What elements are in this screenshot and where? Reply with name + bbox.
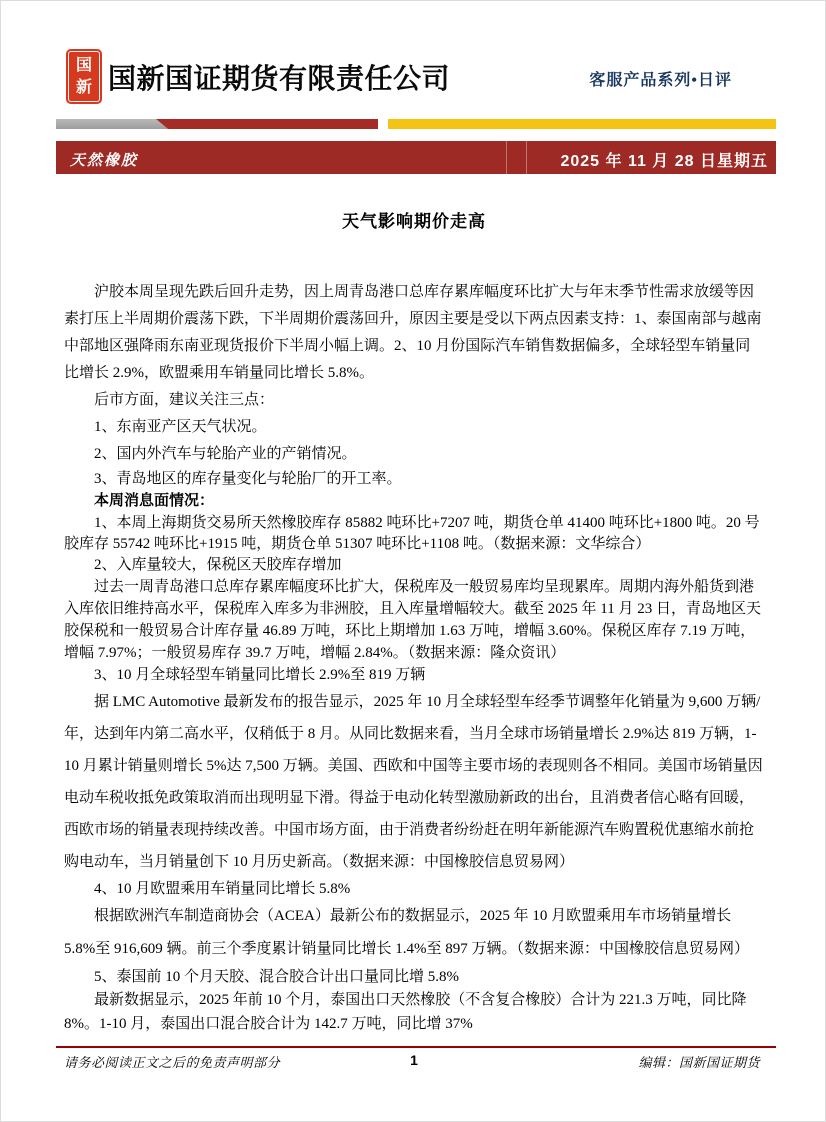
paragraph: 本周消息面情况： xyxy=(64,490,764,513)
logo-char-top: 国 xyxy=(76,55,92,77)
banner-separator xyxy=(526,141,527,174)
company-name: 国新国证期货有限责任公司 xyxy=(108,57,450,97)
footer-divider xyxy=(56,1046,776,1048)
decorative-bar-red-segment xyxy=(156,119,378,129)
paragraph: 根据欧洲汽车制造商协会（ACEA）最新公布的数据显示，2025 年 10 月欧盟… xyxy=(64,900,764,966)
banner-product-label: 天然橡胶 xyxy=(70,149,138,170)
paragraph: 1、东南亚产区天气状况。 xyxy=(64,414,764,441)
decorative-bar xyxy=(56,119,776,129)
report-page: 国 新 国新国证期货有限责任公司 客服产品系列•日评 天然橡胶 2025 年 1… xyxy=(0,0,826,1122)
paragraph: 据 LMC Automotive 最新发布的报告显示，2025 年 10 月全球… xyxy=(64,686,764,878)
article: 天气影响期价走高 沪胶本周呈现先跌后回升走势，因上周青岛港口总库存累库幅度环比扩… xyxy=(64,209,764,1036)
banner-separator xyxy=(506,141,507,174)
paragraph: 沪胶本周呈现先跌后回升走势，因上周青岛港口总库存累库幅度环比扩大与年末季节性需求… xyxy=(64,279,764,387)
logo-char-bottom: 新 xyxy=(76,77,92,99)
banner-date: 2025 年 11 月 28 日星期五 xyxy=(560,148,768,171)
series-label: 客服产品系列•日评 xyxy=(589,67,732,90)
paragraph: 过去一周青岛港口总库存累库幅度环比扩大，保税库及一般贸易库均呈现累库。周期内海外… xyxy=(64,576,764,664)
product-banner: 天然橡胶 2025 年 11 月 28 日星期五 xyxy=(56,141,776,174)
paragraph: 后市方面，建议关注三点： xyxy=(64,387,764,414)
paragraph: 2、入库量较大，保税区天胶库存增加 xyxy=(64,555,764,576)
article-title: 天气影响期价走高 xyxy=(64,209,764,235)
article-body: 沪胶本周呈现先跌后回升走势，因上周青岛港口总库存累库幅度环比扩大与年末季节性需求… xyxy=(64,279,764,1036)
paragraph: 3、10 月全球轻型车销量同比增长 2.9%至 819 万辆 xyxy=(64,664,764,686)
decorative-bar-yellow-segment xyxy=(388,119,776,129)
company-logo-icon: 国 新 xyxy=(66,49,102,104)
report-header: 国 新 国新国证期货有限责任公司 客服产品系列•日评 xyxy=(64,47,774,107)
decorative-bar-gray-segment xyxy=(56,119,168,129)
paragraph: 3、青岛地区的库存量变化与轮胎厂的开工率。 xyxy=(64,468,764,490)
paragraph: 最新数据显示，2025 年前 10 个月，泰国出口天然橡胶（不含复合橡胶）合计为… xyxy=(64,988,764,1036)
paragraph: 1、本周上海期货交易所天然橡胶库存 85882 吨环比+7207 吨，期货仓单 … xyxy=(64,513,764,555)
paragraph: 5、泰国前 10 个月天胶、混合胶合计出口量同比增 5.8% xyxy=(64,966,764,988)
report-footer: 请务必阅读正文之后的免责声明部分 1 编辑：国新国证期货 xyxy=(64,1052,764,1072)
footer-editor: 编辑：国新国证期货 xyxy=(638,1052,760,1071)
paragraph: 4、10 月欧盟乘用车销量同比增长 5.8% xyxy=(64,878,764,900)
paragraph: 2、国内外汽车与轮胎产业的产销情况。 xyxy=(64,441,764,468)
